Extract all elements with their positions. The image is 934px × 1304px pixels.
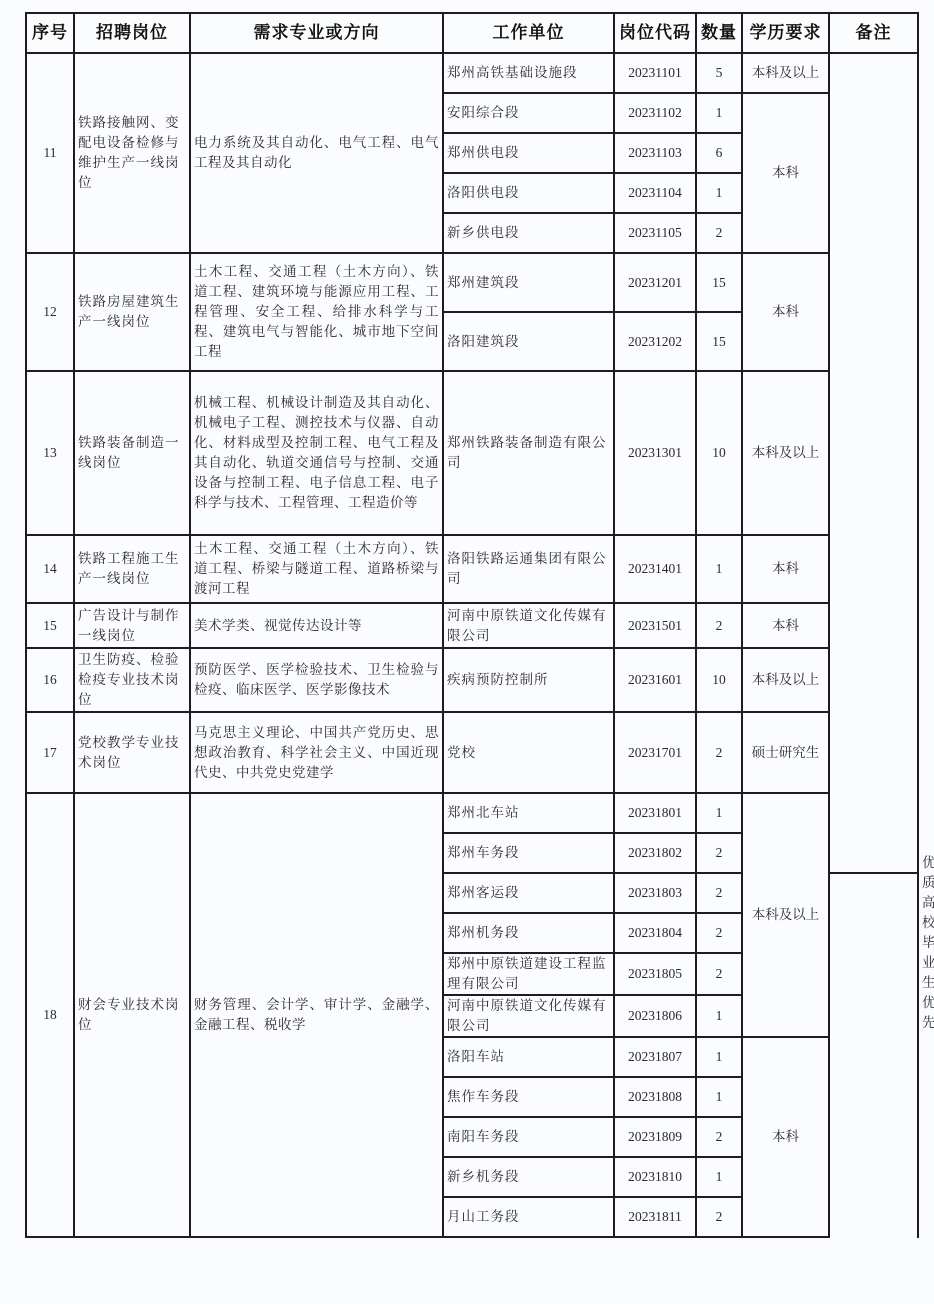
- position-cell: 铁路接触网、变配电设备检修与维护生产一线岗位: [74, 53, 190, 253]
- unit-cell: 郑州车务段: [443, 833, 614, 873]
- seq-cell: 18: [26, 793, 74, 1237]
- header-row: 序号 招聘岗位 需求专业或方向 工作单位 岗位代码 数量 学历要求 备注: [26, 13, 918, 53]
- code-cell: 20231301: [614, 371, 696, 535]
- code-cell: 20231809: [614, 1117, 696, 1157]
- unit-cell: 安阳综合段: [443, 93, 614, 133]
- table-row: 16 卫生防疫、检验检疫专业技术岗位 预防医学、医学检验技术、卫生检验与检疫、临…: [26, 648, 918, 712]
- header-code: 岗位代码: [614, 13, 696, 53]
- count-cell: 15: [696, 253, 742, 312]
- unit-cell: 新乡机务段: [443, 1157, 614, 1197]
- education-cell: 本科: [742, 535, 829, 603]
- unit-cell: 月山工务段: [443, 1197, 614, 1237]
- position-cell: 党校教学专业技术岗位: [74, 712, 190, 793]
- table-row: 18 财会专业技术岗位 财务管理、会计学、审计学、金融学、金融工程、税收学 郑州…: [26, 793, 918, 833]
- education-cell: 本科: [742, 253, 829, 371]
- remarks-cell-upper: [829, 53, 918, 873]
- count-cell: 1: [696, 535, 742, 603]
- unit-cell: 洛阳铁路运通集团有限公司: [443, 535, 614, 603]
- count-cell: 2: [696, 1197, 742, 1237]
- count-cell: 1: [696, 1077, 742, 1117]
- education-cell: 本科及以上: [742, 53, 829, 93]
- position-cell: 卫生防疫、检验检疫专业技术岗位: [74, 648, 190, 712]
- count-cell: 1: [696, 1037, 742, 1077]
- code-cell: 20231804: [614, 913, 696, 953]
- code-cell: 20231802: [614, 833, 696, 873]
- code-cell: 20231105: [614, 213, 696, 253]
- unit-cell: 党校: [443, 712, 614, 793]
- seq-cell: 16: [26, 648, 74, 712]
- majors-cell: 土木工程、交通工程（土木方向）、铁道工程、桥梁与隧道工程、道路桥梁与渡河工程: [190, 535, 443, 603]
- table-row: 11 铁路接触网、变配电设备检修与维护生产一线岗位 电力系统及其自动化、电气工程…: [26, 53, 918, 93]
- seq-cell: 11: [26, 53, 74, 253]
- count-cell: 1: [696, 1157, 742, 1197]
- count-cell: 1: [696, 995, 742, 1037]
- code-cell: 20231701: [614, 712, 696, 793]
- unit-cell: 洛阳车站: [443, 1037, 614, 1077]
- unit-cell: 郑州铁路装备制造有限公司: [443, 371, 614, 535]
- table-row: 14 铁路工程施工生产一线岗位 土木工程、交通工程（土木方向）、铁道工程、桥梁与…: [26, 535, 918, 603]
- count-cell: 6: [696, 133, 742, 173]
- majors-cell: 马克思主义理论、中国共产党历史、思想政治教育、科学社会主义、中国近现代史、中共党…: [190, 712, 443, 793]
- unit-cell: 郑州客运段: [443, 873, 614, 913]
- unit-cell: 焦作车务段: [443, 1077, 614, 1117]
- count-cell: 10: [696, 648, 742, 712]
- code-cell: 20231808: [614, 1077, 696, 1117]
- seq-cell: 12: [26, 253, 74, 371]
- unit-cell: 河南中原铁道文化传媒有限公司: [443, 603, 614, 648]
- code-cell: 20231811: [614, 1197, 696, 1237]
- count-cell: 1: [696, 173, 742, 213]
- code-cell: 20231104: [614, 173, 696, 213]
- majors-cell: 预防医学、医学检验技术、卫生检验与检疫、临床医学、医学影像技术: [190, 648, 443, 712]
- code-cell: 20231801: [614, 793, 696, 833]
- education-cell: 本科: [742, 93, 829, 253]
- unit-cell: 郑州高铁基础设施段: [443, 53, 614, 93]
- position-cell: 铁路房屋建筑生产一线岗位: [74, 253, 190, 371]
- code-cell: 20231101: [614, 53, 696, 93]
- majors-cell: 美术学类、视觉传达设计等: [190, 603, 443, 648]
- code-cell: 20231806: [614, 995, 696, 1037]
- position-cell: 财会专业技术岗位: [74, 793, 190, 1237]
- header-education: 学历要求: [742, 13, 829, 53]
- majors-cell: 电力系统及其自动化、电气工程、电气工程及其自动化: [190, 53, 443, 253]
- unit-cell: 新乡供电段: [443, 213, 614, 253]
- table-row: 13 铁路装备制造一线岗位 机械工程、机械设计制造及其自动化、机械电子工程、测控…: [26, 371, 918, 535]
- seq-cell: 13: [26, 371, 74, 535]
- education-cell: 本科: [742, 1037, 829, 1237]
- count-cell: 2: [696, 873, 742, 913]
- document-page: 序号 招聘岗位 需求专业或方向 工作单位 岗位代码 数量 学历要求 备注 11 …: [0, 0, 934, 1304]
- unit-cell: 洛阳建筑段: [443, 312, 614, 371]
- table-row: 17 党校教学专业技术岗位 马克思主义理论、中国共产党历史、思想政治教育、科学社…: [26, 712, 918, 793]
- count-cell: 2: [696, 712, 742, 793]
- code-cell: 20231807: [614, 1037, 696, 1077]
- seq-cell: 15: [26, 603, 74, 648]
- count-cell: 2: [696, 603, 742, 648]
- count-cell: 1: [696, 793, 742, 833]
- code-cell: 20231803: [614, 873, 696, 913]
- count-cell: 1: [696, 93, 742, 133]
- unit-cell: 河南中原铁道文化传媒有限公司: [443, 995, 614, 1037]
- table-row: 12 铁路房屋建筑生产一线岗位 土木工程、交通工程（土木方向）、铁道工程、建筑环…: [26, 253, 918, 312]
- position-cell: 广告设计与制作一线岗位: [74, 603, 190, 648]
- count-cell: 2: [696, 833, 742, 873]
- header-unit: 工作单位: [443, 13, 614, 53]
- header-count: 数量: [696, 13, 742, 53]
- education-cell: 本科及以上: [742, 648, 829, 712]
- seq-cell: 17: [26, 712, 74, 793]
- unit-cell: 郑州机务段: [443, 913, 614, 953]
- code-cell: 20231202: [614, 312, 696, 371]
- count-cell: 15: [696, 312, 742, 371]
- majors-cell: 财务管理、会计学、审计学、金融学、金融工程、税收学: [190, 793, 443, 1237]
- count-cell: 2: [696, 213, 742, 253]
- code-cell: 20231810: [614, 1157, 696, 1197]
- header-position: 招聘岗位: [74, 13, 190, 53]
- code-cell: 20231102: [614, 93, 696, 133]
- position-cell: 铁路装备制造一线岗位: [74, 371, 190, 535]
- unit-cell: 郑州建筑段: [443, 253, 614, 312]
- unit-cell: 郑州北车站: [443, 793, 614, 833]
- count-cell: 2: [696, 1117, 742, 1157]
- header-majors: 需求专业或方向: [190, 13, 443, 53]
- unit-cell: 洛阳供电段: [443, 173, 614, 213]
- unit-cell: 郑州供电段: [443, 133, 614, 173]
- code-cell: 20231501: [614, 603, 696, 648]
- unit-cell: 郑州中原铁道建设工程监理有限公司: [443, 953, 614, 995]
- count-cell: 5: [696, 53, 742, 93]
- count-cell: 10: [696, 371, 742, 535]
- education-cell: 本科及以上: [742, 371, 829, 535]
- recruitment-table: 序号 招聘岗位 需求专业或方向 工作单位 岗位代码 数量 学历要求 备注 11 …: [25, 12, 919, 1238]
- code-cell: 20231805: [614, 953, 696, 995]
- table-row: 15 广告设计与制作一线岗位 美术学类、视觉传达设计等 河南中原铁道文化传媒有限…: [26, 603, 918, 648]
- majors-cell: 土木工程、交通工程（土木方向）、铁道工程、建筑环境与能源应用工程、工程管理、安全…: [190, 253, 443, 371]
- code-cell: 20231201: [614, 253, 696, 312]
- count-cell: 2: [696, 913, 742, 953]
- majors-cell: 机械工程、机械设计制造及其自动化、机械电子工程、测控技术与仪器、自动化、材料成型…: [190, 371, 443, 535]
- position-cell: 铁路工程施工生产一线岗位: [74, 535, 190, 603]
- code-cell: 20231401: [614, 535, 696, 603]
- code-cell: 20231103: [614, 133, 696, 173]
- education-cell: 本科及以上: [742, 793, 829, 1037]
- header-seq: 序号: [26, 13, 74, 53]
- count-cell: 2: [696, 953, 742, 995]
- education-cell: 硕士研究生: [742, 712, 829, 793]
- code-cell: 20231601: [614, 648, 696, 712]
- unit-cell: 南阳车务段: [443, 1117, 614, 1157]
- unit-cell: 疾病预防控制所: [443, 648, 614, 712]
- seq-cell: 14: [26, 535, 74, 603]
- education-cell: 本科: [742, 603, 829, 648]
- header-remarks: 备注: [829, 13, 918, 53]
